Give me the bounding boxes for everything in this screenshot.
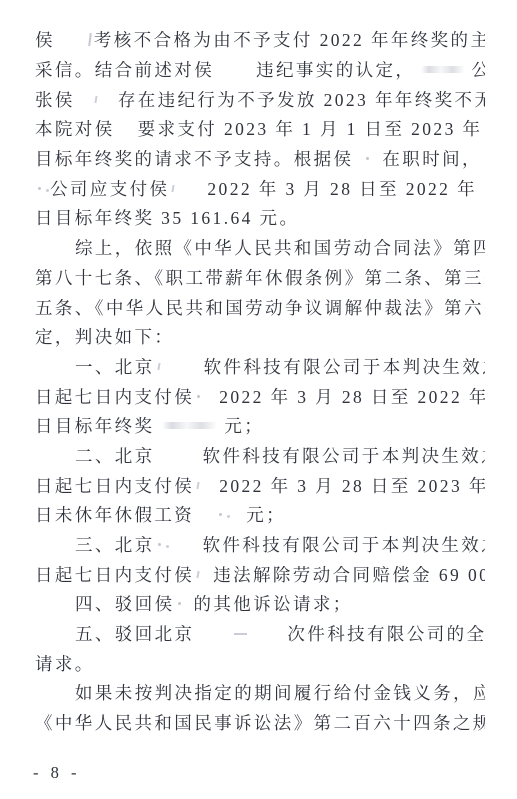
redaction-remnant-mark [421,66,465,73]
document-line: 日目标年终奖 35 161.64 元。 [35,203,485,233]
document-line: 侯考核不合格为由不予支付 2022 年年终奖的主张不予 [35,25,485,55]
text-segment: 《中华人民共和国民事诉讼法》第二百六十四条之规定，加 [35,710,485,735]
text-segment: 软件科技有限公司于本判决生效之 [203,532,485,557]
text-segment: 侯 [35,27,55,52]
redaction-gap [175,589,194,619]
redaction-gap [155,530,203,560]
text-segment: 日未休年休假工资 [35,502,194,527]
text-segment: 软件科技有限公司于本判决生效之 [204,354,485,379]
document-line: 五、驳回北京次件科技有限公司的全部诉讼 [35,619,485,649]
redaction-gap [415,55,471,85]
redaction-remnant-mark [157,363,160,370]
document-line: 日起七日内支付侯2022 年 3 月 28 日至 2022 年 12 月 31 [35,381,485,411]
document-line: 第八十七条、《职工带薪年休假条例》第二条、第三条、第 [35,263,485,293]
text-segment: 元； [246,502,286,527]
text-segment: 违法解除劳动合同赔偿金 69 000 元； [213,562,485,587]
redaction-remnant-mark [197,482,200,489]
text-segment: 第八十七条、《职工带薪年休假条例》第二条、第三条、第 [35,265,485,290]
text-segment: 2022 年 3 月 28 日至 2022 年 12 月 31 [207,176,485,201]
document-line: 张侯存在违纪行为不予发放 2023 年年终奖不无不当， [35,84,485,114]
text-segment: 综上，依照《中华人民共和国劳动合同法》第四十八条、 [75,235,485,260]
text-segment: 元； [224,413,264,438]
redaction-remnant-mark [88,33,92,46]
redaction-gap [353,144,382,174]
redaction-remnant-mark [197,571,200,578]
text-segment: 的其他诉讼请求； [194,591,353,616]
text-segment: 请求。 [35,651,95,676]
document-line: 三、北京软件科技有限公司于本判决生效之 [35,530,485,560]
text-segment: 2022 年 3 月 28 日至 2022 年 12 月 31 [219,384,485,409]
text-segment: 五条、《中华人民共和国劳动争议调解仲裁法》第六条之规 [35,295,485,320]
text-segment: 考核不合格为由不予支付 2022 年年终奖的主张不予 [94,27,485,52]
text-segment: 日起七日内支付侯 [35,384,194,409]
scanned-judgment-page: 侯考核不合格为由不予支付 2022 年年终奖的主张不予采信。结合前述对侯违纪事实… [0,0,517,799]
page-number: - 8 - [33,763,81,783]
text-segment: 软件科技有限公司于本判决生效之 [203,443,485,468]
redaction-gap [55,25,94,55]
text-segment: 二、北京 [75,443,155,468]
redaction-remnant-mark [172,185,175,192]
redaction-remnant-mark [158,543,161,546]
redaction-remnant-mark [197,395,200,398]
redaction-remnant-mark [162,422,217,429]
text-segment: 五、驳回北京 [75,621,194,646]
document-line: 日目标年终奖元； [35,411,485,441]
document-line: 一、北京软件科技有限公司于本判决生效之 [35,352,485,382]
redaction-gap [194,619,287,649]
text-segment: 日目标年终奖 35 161.64 元。 [35,205,299,230]
document-line: 五条、《中华人民共和国劳动争议调解仲裁法》第六条之规 [35,292,485,322]
text-segment: 如果未按判决指定的期间履行给付金钱义务，应当依照 [75,680,485,705]
redaction-remnant-mark [219,513,222,516]
text-segment: 定，判决如下： [35,324,174,349]
redaction-gap [194,559,213,589]
text-segment: 在职时间， [382,146,482,171]
document-line: 定，判决如下： [35,322,485,352]
text-segment: 违纪事实的认定， [256,57,415,82]
document-line: 二、北京软件科技有限公司于本判决生效之 [35,441,485,471]
text-segment: 三、北京 [75,532,155,557]
document-line: 本院对侯要求支付 2023 年 1 月 1 日至 2023 年 5 月 4 日 [35,114,485,144]
redaction-remnant-mark [38,187,41,190]
redaction-gap [169,173,207,203]
redaction-gap [482,144,485,174]
document-line: 日起七日内支付侯2022 年 3 月 28 日至 2023 年 5 月 4 [35,470,485,500]
document-line: 综上，依照《中华人民共和国劳动合同法》第四十八条、 [35,233,485,263]
document-line: 公司应支付侯2022 年 3 月 28 日至 2022 年 12 月 31 [35,173,485,203]
redaction-remnant-mark [178,602,181,605]
text-segment: 公司主 [471,57,485,82]
redaction-gap [214,55,256,85]
text-segment: 日起七日内支付侯 [35,473,194,498]
redaction-gap [155,441,203,471]
document-line: 《中华人民共和国民事诉讼法》第二百六十四条之规定，加 [35,708,485,738]
document-line: 日起七日内支付侯违法解除劳动合同赔偿金 69 000 元； [35,559,485,589]
document-body: 侯考核不合格为由不予支付 2022 年年终奖的主张不予采信。结合前述对侯违纪事实… [35,25,485,738]
document-line: 日未休年休假工资元； [35,500,485,530]
redaction-gap [75,84,118,114]
redaction-gap [155,352,204,382]
document-line: 目标年终奖的请求不予支持。根据侯在职时间， [35,144,485,174]
document-line: 四、驳回侯的其他诉讼请求； [35,589,485,619]
redaction-remnant-mark [366,157,369,160]
redaction-remnant-mark [234,633,247,635]
text-segment: 2022 年 3 月 28 日至 2023 年 5 月 4 [219,473,485,498]
text-segment: 要求支付 2023 年 1 月 1 日至 2023 年 5 月 4 日 [138,116,485,141]
text-segment: 张侯 [35,87,75,112]
redaction-gap [194,381,219,411]
text-segment: 次件科技有限公司的全部诉讼 [287,621,485,646]
text-segment: 公司应支付侯 [50,176,169,201]
text-segment: 采信。结合前述对侯 [35,57,214,82]
redaction-gap [154,411,224,441]
text-segment: 存在违纪行为不予发放 2023 年年终奖不无不当， [118,87,485,112]
redaction-remnant-mark [95,96,98,103]
text-segment: 一、北京 [75,354,155,379]
document-line: 如果未按判决指定的期间履行给付金钱义务，应当依照 [35,678,485,708]
text-segment: 日目标年终奖 [35,413,154,438]
document-line: 请求。 [35,648,485,678]
text-segment: 目标年终奖的请求不予支持。根据侯 [35,146,353,171]
redaction-gap [194,470,219,500]
text-segment: 四、驳回侯 [75,591,175,616]
redaction-gap [115,114,138,144]
text-segment: 日起七日内支付侯 [35,562,194,587]
text-segment: 本院对侯 [35,116,115,141]
redaction-gap [35,173,50,203]
redaction-gap [194,500,246,530]
document-line: 采信。结合前述对侯违纪事实的认定，公司主 [35,55,485,85]
